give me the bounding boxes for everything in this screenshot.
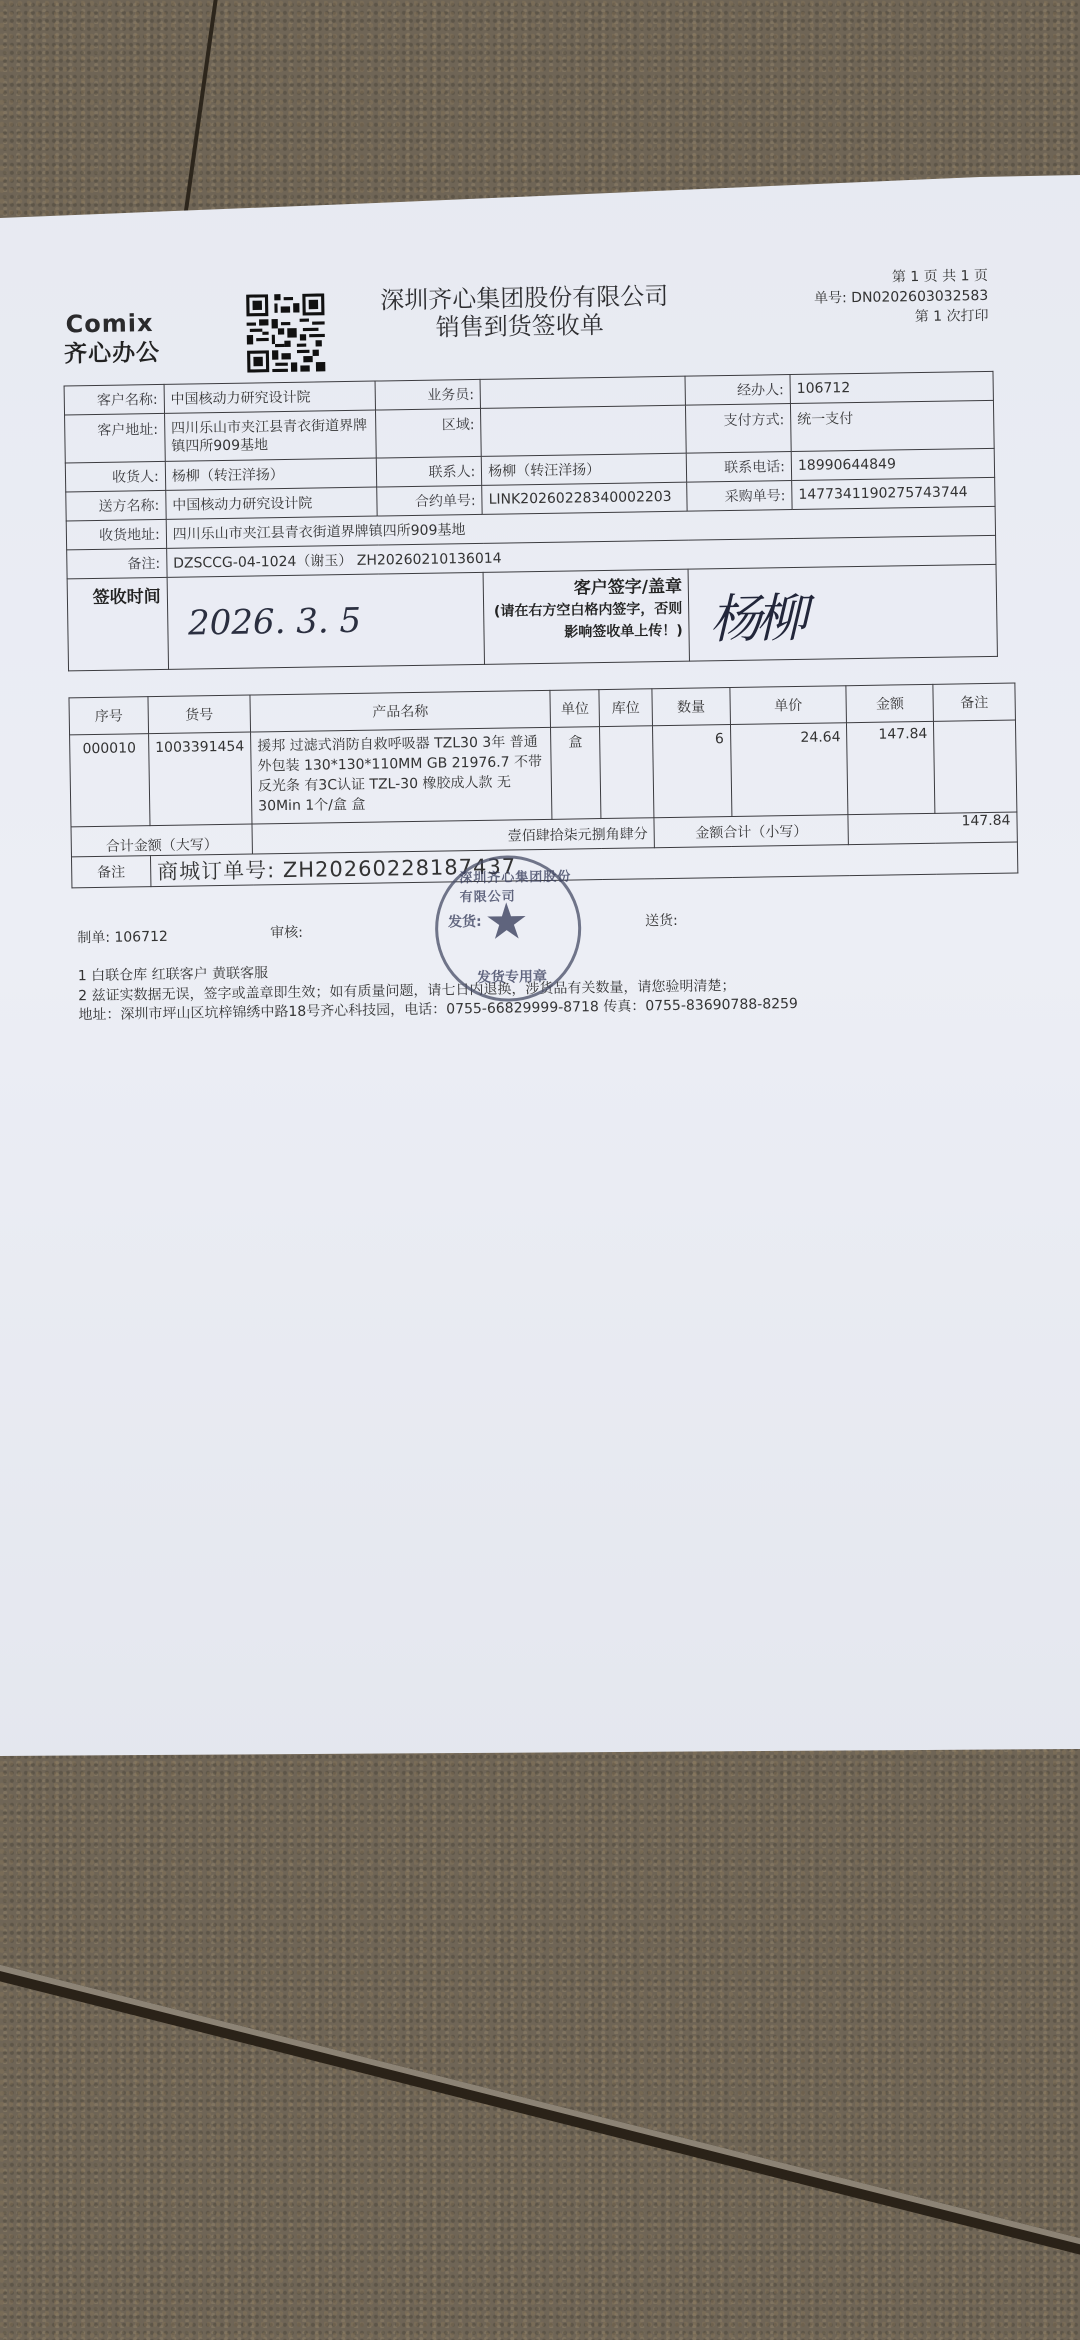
purchase-label: 采购单号: xyxy=(687,481,792,512)
col-header: 序号 xyxy=(69,697,149,735)
customer-address-label: 客户地址: xyxy=(65,413,166,463)
customer-info-table: 客户名称: 中国核动力研究设计院 业务员: 经办人: 106712 客户地址: … xyxy=(64,371,998,672)
col-header: 单位 xyxy=(550,690,599,728)
phone-label: 联系电话: xyxy=(686,452,791,483)
col-header: 库位 xyxy=(599,689,652,727)
stamp-top-text: 深圳齐心集团股份有限公司 xyxy=(459,865,578,905)
stamp-left-text: 发货: xyxy=(448,911,482,932)
salesman xyxy=(480,376,685,408)
item-seq: 000010 xyxy=(70,734,150,827)
region-label: 区域: xyxy=(376,408,482,458)
item-sku: 1003391454 xyxy=(148,732,252,826)
region xyxy=(481,405,687,456)
items-remark-label: 备注 xyxy=(71,856,150,888)
pavement-crack xyxy=(0,1960,1080,2270)
delivery-receipt-paper: Comix 齐心办公 深圳齐心集团股份有限公司 销售到货签收单 第 1 页 共 … xyxy=(0,0,1080,2340)
sender-label: 送方名称: xyxy=(66,490,166,521)
receive-time-label: 签收时间 xyxy=(67,577,168,671)
col-header: 备注 xyxy=(933,683,1015,721)
total-upper-label: 合计金额（大写） xyxy=(71,824,252,857)
item-unit: 盒 xyxy=(551,727,601,820)
item-price: 24.64 xyxy=(730,723,848,817)
signature-label: 客户签字/盖章 xyxy=(490,576,682,601)
contract-label: 合约单号: xyxy=(377,485,482,516)
signature-label-cell: 客户签字/盖章 (请在右方空白格内签字，否则影响签收单上传！) xyxy=(483,569,689,664)
payment-method: 统一支付 xyxy=(790,400,994,451)
col-header: 货号 xyxy=(148,695,251,734)
contact: 杨柳（转汪洋扬） xyxy=(481,453,686,485)
handler: 106712 xyxy=(790,371,993,403)
delivery-address-label: 收货地址: xyxy=(66,519,166,550)
item-qty: 6 xyxy=(652,725,731,818)
handwritten-signature: 杨柳 xyxy=(709,589,802,650)
reviewer: 审核: xyxy=(270,922,303,943)
remark-label: 备注: xyxy=(67,548,167,579)
signature-field[interactable]: 杨柳 xyxy=(688,564,997,661)
col-header: 单价 xyxy=(730,686,847,725)
sender: 中国核动力研究设计院 xyxy=(166,487,378,519)
document-title: 销售到货签收单 xyxy=(435,305,604,343)
item-amount: 147.84 xyxy=(847,721,935,814)
stamp-bottom-text: 发货专用章 xyxy=(477,966,547,987)
items-table: 序号 货号 产品名称 单位 库位 数量 单价 金额 备注 000010 1003… xyxy=(68,683,1018,889)
qr-code-icon xyxy=(245,293,326,372)
total-lower: 147.84 xyxy=(848,812,1017,845)
print-count: 第 1 次打印 xyxy=(814,306,989,329)
total-lower-label: 金额合计（小写） xyxy=(654,815,849,848)
col-header: 数量 xyxy=(652,688,730,726)
handwritten-date: 2026. 3. 5 xyxy=(188,600,362,643)
consignee: 杨柳（转汪洋扬） xyxy=(165,458,377,490)
delivery: 送货: xyxy=(645,910,678,931)
document-number: 单号: DN0202603032583 xyxy=(814,286,989,309)
maker: 制单: 106712 xyxy=(77,926,168,947)
item-note xyxy=(934,720,1017,813)
phone: 18990644849 xyxy=(791,448,994,480)
col-header: 产品名称 xyxy=(250,690,551,732)
handler-label: 经办人: xyxy=(685,375,790,406)
page-info-block: 第 1 页 共 1 页 单号: DN0202603032583 第 1 次打印 xyxy=(814,266,989,329)
table-row: 签收时间 2026. 3. 5 客户签字/盖章 (请在右方空白格内签字，否则影响… xyxy=(67,564,997,671)
signature-note: (请在右方空白格内签字，否则影响签收单上传！) xyxy=(490,598,683,645)
table-row: 000010 1003391454 援邦 过滤式消防自救呼吸器 TZL30 3年… xyxy=(70,720,1017,827)
contract-number: LINK20260228340002203 xyxy=(482,482,687,514)
payment-label: 支付方式: xyxy=(686,404,792,454)
item-name: 援邦 过滤式消防自救呼吸器 TZL30 3年 普通外包装 130*130*110… xyxy=(251,727,553,824)
comix-logo-cn: 齐心办公 xyxy=(64,334,161,369)
salesman-label: 业务员: xyxy=(375,379,480,410)
customer-name-label: 客户名称: xyxy=(64,384,164,415)
pavement-crack xyxy=(182,0,219,223)
consignee-label: 收货人: xyxy=(65,461,165,492)
page-count: 第 1 页 共 1 页 xyxy=(814,266,989,289)
customer-name: 中国核动力研究设计院 xyxy=(164,381,376,413)
document: Comix 齐心办公 深圳齐心集团股份有限公司 销售到货签收单 第 1 页 共 … xyxy=(0,0,1080,1808)
col-header: 金额 xyxy=(846,684,933,722)
customer-address: 四川乐山市夹江县青衣街道界牌镇四所909基地 xyxy=(164,410,376,461)
contact-label: 联系人: xyxy=(377,456,482,487)
purchase-number: 1477341190275743744 xyxy=(792,477,995,509)
item-location xyxy=(600,726,654,819)
receive-time-field[interactable]: 2026. 3. 5 xyxy=(167,572,485,669)
